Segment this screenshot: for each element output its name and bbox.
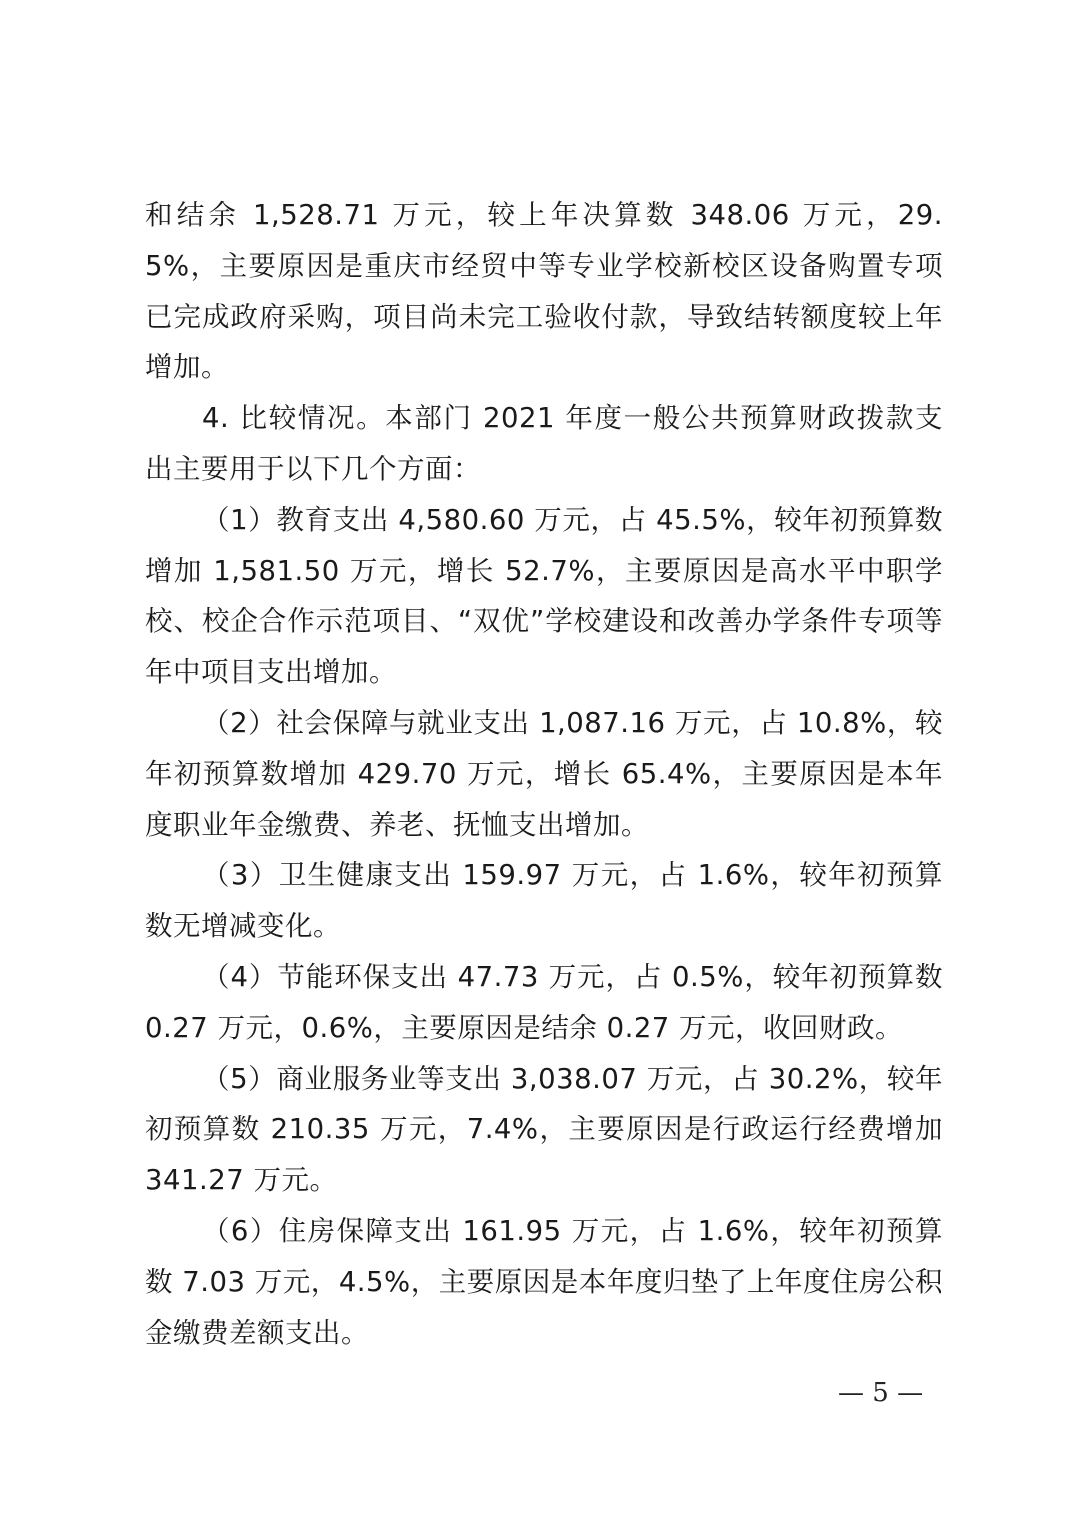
paragraph-item-education: （1）教育支出 4,580.60 万元，占 45.5%，较年初预算数增加 1,5…	[145, 495, 943, 698]
paragraph-comparison-intro: 4. 比较情况。本部门 2021 年度一般公共预算财政拨款支出主要用于以下几个方…	[145, 393, 943, 495]
page-number: — 5 —	[838, 1378, 923, 1408]
document-body: 和结余 1,528.71 万元，较上年决算数 348.06 万元，29.5%，主…	[145, 190, 943, 1358]
paragraph-item-environment: （4）节能环保支出 47.73 万元，占 0.5%，较年初预算数 0.27 万元…	[145, 952, 943, 1054]
paragraph-item-commerce: （5）商业服务业等支出 3,038.07 万元，占 30.2%，较年初预算数 2…	[145, 1054, 943, 1206]
paragraph-item-social-security: （2）社会保障与就业支出 1,087.16 万元，占 10.8%，较年初预算数增…	[145, 698, 943, 850]
paragraph-item-housing: （6）住房保障支出 161.95 万元，占 1.6%，较年初预算数 7.03 万…	[145, 1206, 943, 1358]
paragraph-carryover: 和结余 1,528.71 万元，较上年决算数 348.06 万元，29.5%，主…	[145, 190, 943, 393]
paragraph-item-health: （3）卫生健康支出 159.97 万元，占 1.6%，较年初预算数无增减变化。	[145, 850, 943, 952]
